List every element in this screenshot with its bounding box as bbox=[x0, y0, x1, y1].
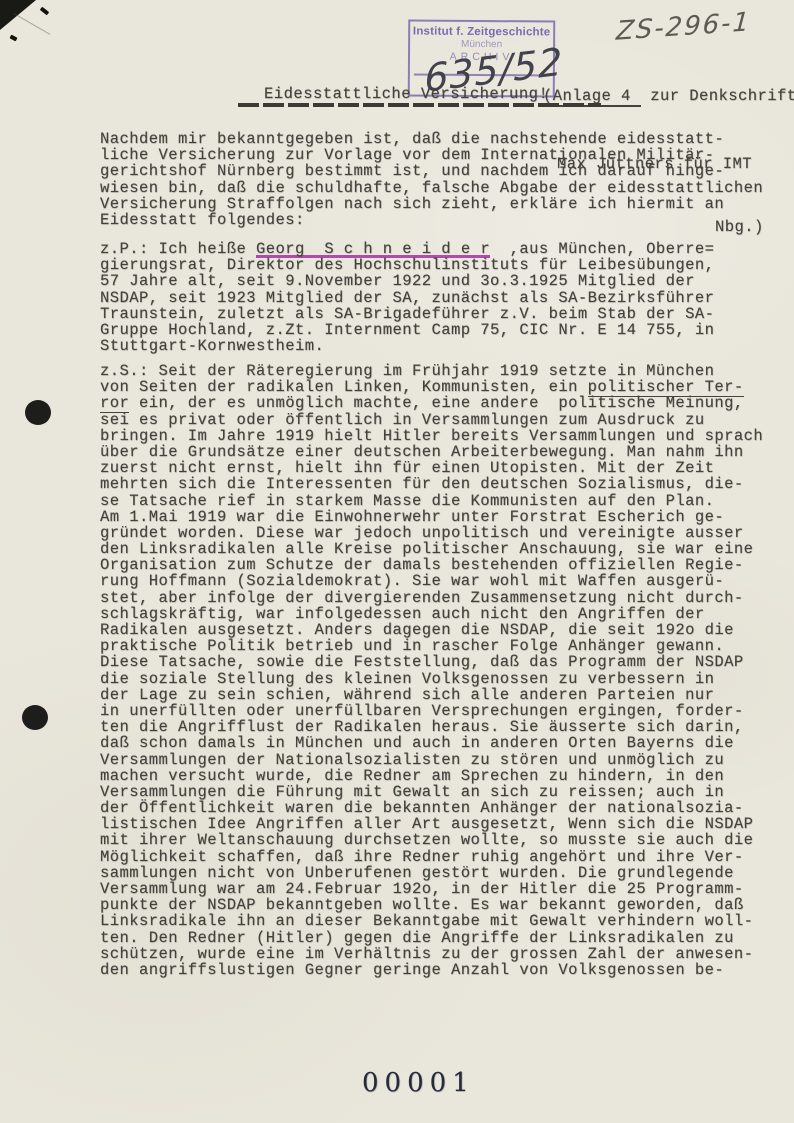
punch-hole bbox=[25, 400, 51, 425]
paragraph-z-P: z.P.: Ich heiße Georg S c h n e i d e r … bbox=[100, 241, 714, 354]
text-line: ten. Den Redner (Hitler) gegen die Angri… bbox=[100, 930, 763, 946]
text-line: machen versucht wurde, die Redner am Spr… bbox=[100, 768, 763, 784]
text-line: Versicherung Straffolgen nach sich zieht… bbox=[100, 196, 763, 212]
text-line: Traunstein, zuletzt als SA-Brigadeführer… bbox=[100, 306, 714, 322]
text-line: gründet worden. Diese war jedoch unpolit… bbox=[100, 525, 763, 541]
text-line: Stuttgart-Kornwestheim. bbox=[100, 338, 714, 354]
text-line: mehrten sich die Interessenten für den d… bbox=[100, 476, 763, 492]
scanned-document-page: Institut f. Zeitgeschichte München ARCHI… bbox=[0, 0, 794, 1123]
text-line: 57 Jahre alt, seit 9.November 1922 und 3… bbox=[100, 273, 714, 289]
text-line: praktische Politik betrieb und in rasche… bbox=[100, 638, 763, 654]
text-line: gierungsrat, Direktor des Hochschulinsti… bbox=[100, 257, 714, 273]
punch-hole bbox=[22, 705, 48, 730]
text-line: ten die Angrifflust der Radikalen heraus… bbox=[100, 719, 763, 735]
text-line: z.S.: Seit der Räteregierung im Frühjahr… bbox=[100, 363, 763, 379]
text-line: Diese Tatsache, sowie die Feststellung, … bbox=[100, 654, 763, 670]
text-line: Nachdem mir bekanntgegeben ist, daß die … bbox=[100, 131, 763, 147]
text-line: den Linksradikalen alle Kreise politisch… bbox=[100, 541, 763, 557]
title-underline bbox=[238, 103, 601, 107]
text-line: punkte der NSDAP bekanntgeben wollte. Es… bbox=[100, 897, 763, 913]
text-line: Gruppe Hochland, z.Zt. Internment Camp 7… bbox=[100, 322, 714, 338]
text-line: sei es privat oder öffentlich in Versamm… bbox=[100, 412, 763, 428]
text-line: die soziale Stellung des kleinen Volksge… bbox=[100, 671, 763, 687]
stamp-institute-name: Institut f. Zeitgeschichte bbox=[410, 26, 553, 39]
paragraph-preamble: Nachdem mir bekanntgegeben ist, daß die … bbox=[100, 131, 763, 228]
text-line: Versammlungen der Nationalsozialisten zu… bbox=[100, 752, 763, 768]
document-title: Eidesstattliche Versicherung! bbox=[264, 85, 548, 103]
page-number-stamp: 00001 bbox=[362, 1068, 475, 1098]
text-line: rung Hoffmann (Sozialdemokrat). Sie war … bbox=[100, 573, 763, 589]
text-line: Möglichkeit schaffen, daß ihre Redner ru… bbox=[100, 849, 763, 865]
text-line: in unerfüllten oder unerfüllbaren Verspr… bbox=[100, 703, 763, 719]
text-line: gerichtshof Nürnberg bestimmt ist, und n… bbox=[100, 163, 763, 179]
text-line: über die Grundsätze einer deutschen Arbe… bbox=[100, 444, 763, 460]
paper-crease bbox=[14, 13, 51, 35]
text-line: der Öffentlichkeit waren die bekannten A… bbox=[100, 800, 763, 816]
ink-speck bbox=[9, 35, 17, 42]
ink-speck bbox=[40, 7, 50, 16]
text-line: ror ein, der es unmöglich machte, eine a… bbox=[100, 395, 763, 411]
text-line: sammlungen nicht von Unberufenen gestört… bbox=[100, 865, 763, 881]
text-line: wiesen bin, daß die schuldhafte, falsche… bbox=[100, 180, 763, 196]
text-line: Eidesstatt folgendes: bbox=[100, 212, 763, 228]
text-line: schützen, wurde eine im Verhältnis zu de… bbox=[100, 946, 763, 962]
text-line: Radikalen ausgesetzt. Anders dagegen die… bbox=[100, 622, 763, 638]
text-line: NSDAP, seit 1923 Mitglied der SA, zunäch… bbox=[100, 290, 714, 306]
text-line: den angriffslustigen Gegner geringe Anza… bbox=[100, 962, 763, 978]
text-line: Versammlung war am 24.Februar 192o, in d… bbox=[100, 881, 763, 897]
text-line: bringen. Im Jahre 1919 hielt Hitler bere… bbox=[100, 428, 763, 444]
text-line: liche Versicherung zur Vorlage vor dem I… bbox=[100, 147, 763, 163]
text-line: se Tatsache rief in starkem Masse die Ko… bbox=[100, 493, 763, 509]
text-line: daß schon damals in München und auch in … bbox=[100, 735, 763, 751]
text-line: schlagskräftig, war infolgedessen auch n… bbox=[100, 606, 763, 622]
text-line: Am 1.Mai 1919 war die Einwohnerwehr unte… bbox=[100, 509, 763, 525]
text-line: mit ihrer Weltanschauung durchsetzen wol… bbox=[100, 832, 763, 848]
text-line: Organisation zum Schutze der damals best… bbox=[100, 557, 763, 573]
text-line: stet, aber infolge der divergierenden Zu… bbox=[100, 590, 763, 606]
text-line: z.P.: Ich heiße Georg S c h n e i d e r … bbox=[100, 241, 714, 257]
text-line: der Lage zu sein schien, während sich al… bbox=[100, 687, 763, 703]
text-line: Versammlungen die Führung mit Gewalt an … bbox=[100, 784, 763, 800]
paragraph-z-S: z.S.: Seit der Räteregierung im Frühjahr… bbox=[100, 363, 763, 978]
text-line: listischen Idee Angriffen aller Art ausg… bbox=[100, 816, 763, 832]
text-line: Linksradikale ihn an dieser Bekanntgabe … bbox=[100, 913, 763, 929]
text-line: zuerst nicht ernst, hielt ihn für einen … bbox=[100, 460, 763, 476]
text-line: von Seiten der radikalen Linken, Kommuni… bbox=[100, 379, 763, 395]
